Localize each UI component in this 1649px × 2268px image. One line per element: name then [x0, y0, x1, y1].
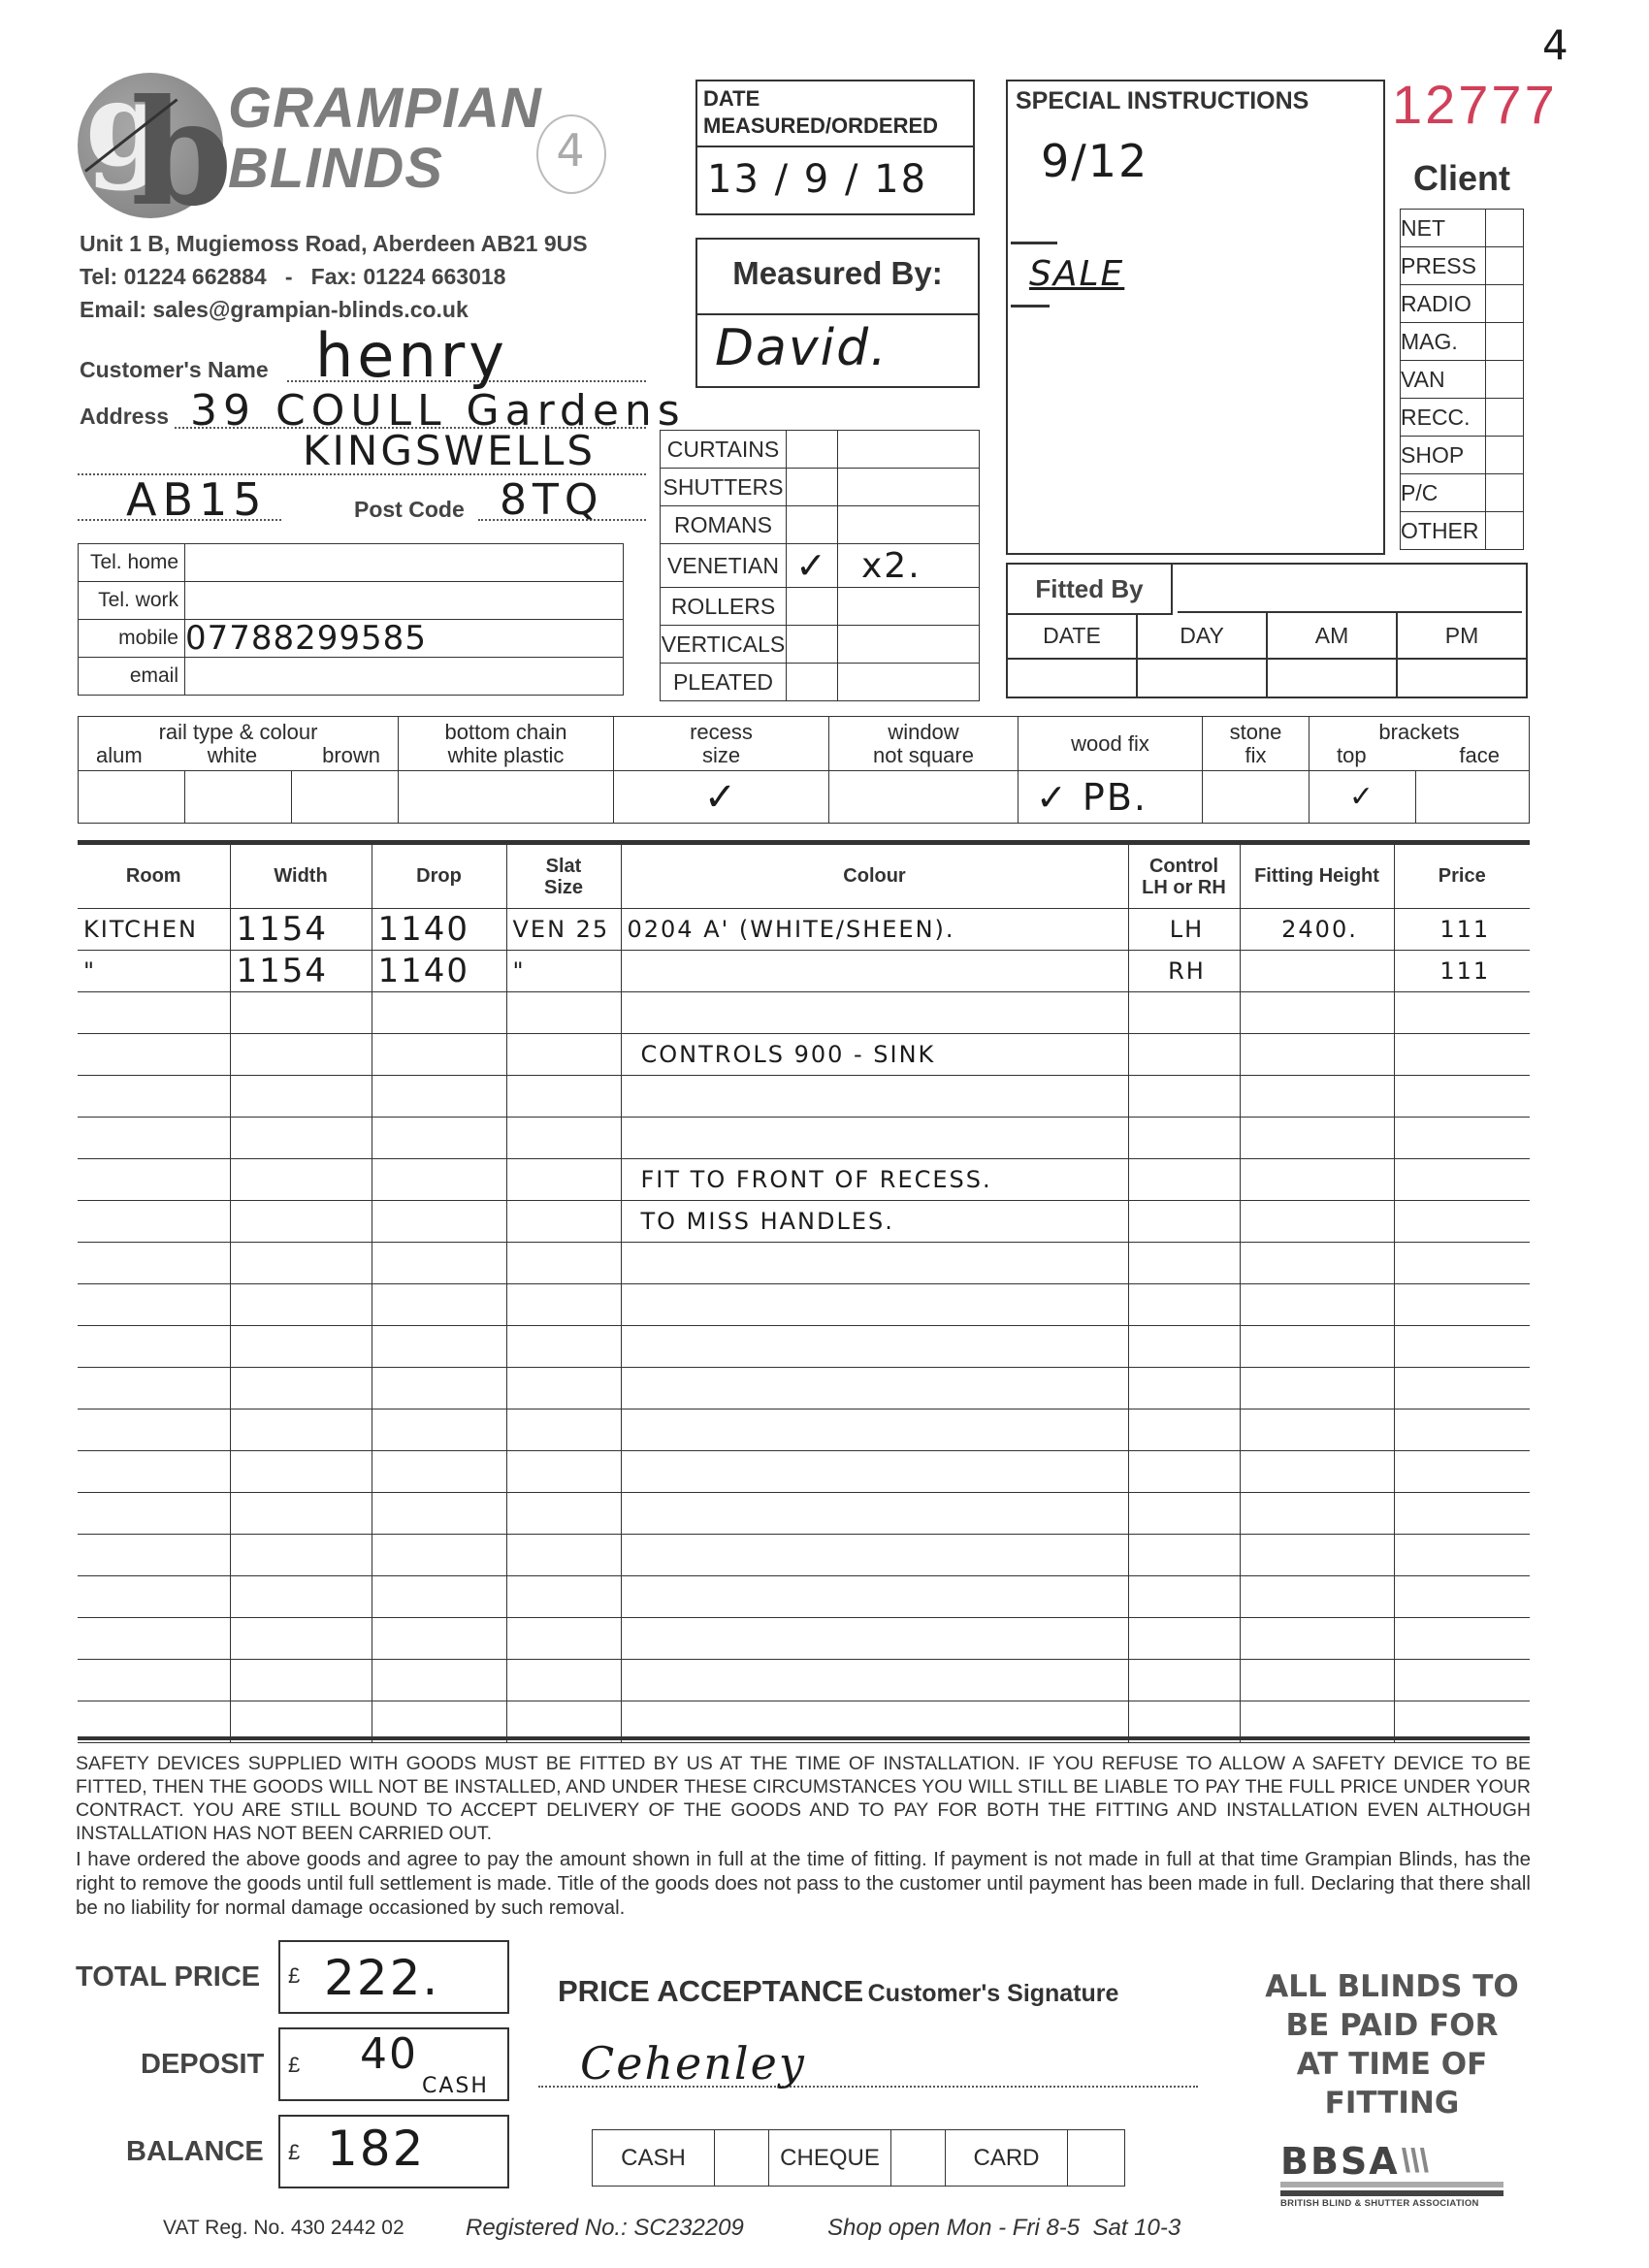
- cell-fitting-height[interactable]: [1240, 1409, 1394, 1451]
- cell-control[interactable]: [1128, 1660, 1240, 1701]
- table-row: KITCHEN11541140VEN 250204 A' (WHITE/SHEE…: [78, 909, 1530, 951]
- bbsa-logo-text: BBSA: [1280, 2144, 1400, 2179]
- measured-by-input[interactable]: David.: [715, 319, 889, 377]
- client-source-recc: RECC.: [1401, 399, 1486, 437]
- client-source-radio-checkbox[interactable]: [1486, 285, 1524, 323]
- mobile-input[interactable]: 07788299585: [185, 620, 624, 658]
- cell-slat[interactable]: [506, 1284, 621, 1326]
- cell-fitting-height[interactable]: [1240, 1576, 1394, 1618]
- cell-drop[interactable]: 1140: [372, 951, 506, 992]
- company-name-line1: GRAMPIAN: [228, 76, 542, 141]
- cell-drop[interactable]: [372, 1326, 506, 1368]
- cell-width[interactable]: [230, 1326, 372, 1368]
- table-row: [78, 1409, 1530, 1451]
- table-row: [78, 1535, 1530, 1576]
- cell-room[interactable]: [78, 1159, 230, 1201]
- wood-fix-header: wood fix: [1018, 717, 1203, 771]
- cell-price[interactable]: [1394, 1076, 1530, 1118]
- cell-drop[interactable]: [372, 992, 506, 1034]
- product-rollers-label: ROLLERS: [661, 588, 787, 626]
- cell-slat[interactable]: [506, 1618, 621, 1660]
- fitted-date-header: DATE: [1008, 613, 1138, 660]
- table-row: [78, 1493, 1530, 1535]
- company-email: Email: sales@grampian-blinds.co.uk: [80, 297, 469, 323]
- cell-slat[interactable]: [506, 1034, 621, 1076]
- cell-slat[interactable]: [506, 1201, 621, 1243]
- cell-width[interactable]: 1154: [230, 951, 372, 992]
- fitted-date-input[interactable]: [1008, 660, 1138, 697]
- fitted-am-header: AM: [1268, 613, 1398, 660]
- balance-box: £ 182: [278, 2115, 509, 2188]
- client-source-net-checkbox[interactable]: [1486, 210, 1524, 247]
- cell-colour[interactable]: 0204 A' (WHITE/SHEEN).: [621, 909, 1128, 951]
- cell-control[interactable]: [1128, 1535, 1240, 1576]
- customer-signature[interactable]: Cehenley: [580, 2037, 806, 2090]
- cell-colour[interactable]: [621, 951, 1128, 992]
- product-curtains-qty[interactable]: [838, 431, 980, 469]
- cell-width[interactable]: [230, 1618, 372, 1660]
- notice-line2: BE PAID FOR: [1246, 2006, 1537, 2045]
- cell-room[interactable]: [78, 1284, 230, 1326]
- cell-colour[interactable]: [621, 1535, 1128, 1576]
- cell-room[interactable]: [78, 1576, 230, 1618]
- product-curtains-check[interactable]: [787, 431, 838, 469]
- cell-price[interactable]: [1394, 1368, 1530, 1409]
- cell-control[interactable]: LH: [1128, 909, 1240, 951]
- cell-room[interactable]: KITCHEN: [78, 909, 230, 951]
- special-instructions-line1[interactable]: 9/12: [1041, 135, 1148, 187]
- cell-control[interactable]: [1128, 1076, 1240, 1118]
- cell-slat[interactable]: [506, 1076, 621, 1118]
- balance-input[interactable]: 182: [327, 2121, 425, 2177]
- cell-slat[interactable]: [506, 1243, 621, 1284]
- cell-fitting-height[interactable]: [1240, 1201, 1394, 1243]
- address-line3-input[interactable]: AB15: [126, 473, 268, 526]
- table-row: [78, 1076, 1530, 1118]
- product-pleated-qty[interactable]: [838, 664, 980, 701]
- cell-fitting-height[interactable]: [1240, 1326, 1394, 1368]
- cell-control[interactable]: [1128, 1243, 1240, 1284]
- cell-width[interactable]: [230, 1284, 372, 1326]
- items-table-bottom-rule: [78, 1736, 1530, 1740]
- balance-label: BALANCE: [126, 2136, 264, 2168]
- header-slat-2: Size: [507, 877, 621, 898]
- cell-room[interactable]: [78, 1118, 230, 1159]
- postcode-input[interactable]: 8TQ: [500, 475, 604, 525]
- cell-price[interactable]: [1394, 1243, 1530, 1284]
- cell-fitting-height[interactable]: [1240, 1284, 1394, 1326]
- cell-control[interactable]: [1128, 1451, 1240, 1493]
- cell-fitting-height[interactable]: [1240, 1159, 1394, 1201]
- cell-slat[interactable]: [506, 1576, 621, 1618]
- window-label-1: window: [829, 721, 1018, 744]
- stone-fix-input[interactable]: [1203, 771, 1309, 824]
- client-source-pc: P/C: [1401, 474, 1486, 512]
- product-pleated-check[interactable]: [787, 664, 838, 701]
- cell-drop[interactable]: [372, 1535, 506, 1576]
- cell-width[interactable]: [230, 1535, 372, 1576]
- cell-room[interactable]: [78, 1034, 230, 1076]
- cell-room[interactable]: [78, 992, 230, 1034]
- client-source-shop-checkbox[interactable]: [1486, 437, 1524, 474]
- cell-room[interactable]: [78, 1326, 230, 1368]
- company-address: Unit 1 B, Mugiemoss Road, Aberdeen AB21 …: [80, 231, 588, 257]
- cell-colour[interactable]: [621, 1660, 1128, 1701]
- cell-fitting-height[interactable]: [1240, 1034, 1394, 1076]
- date-measured-input[interactable]: 13 / 9 / 18: [707, 157, 927, 202]
- cell-width[interactable]: [230, 1076, 372, 1118]
- cell-drop[interactable]: [372, 1618, 506, 1660]
- window-not-square-input[interactable]: [829, 771, 1018, 824]
- cell-slat[interactable]: [506, 1451, 621, 1493]
- payment-cheque-checkbox[interactable]: [891, 2130, 946, 2187]
- bottom-chain-input[interactable]: [399, 771, 614, 824]
- cell-slat[interactable]: [506, 1118, 621, 1159]
- cell-width[interactable]: [230, 1451, 372, 1493]
- client-label: Client: [1413, 158, 1510, 199]
- client-source-recc-checkbox[interactable]: [1486, 399, 1524, 437]
- cell-price[interactable]: [1394, 1201, 1530, 1243]
- cell-price[interactable]: [1394, 1493, 1530, 1535]
- brackets-face-input[interactable]: [1416, 771, 1530, 824]
- price-acceptance-title: PRICE ACCEPTANCE: [558, 1974, 863, 2008]
- cell-slat[interactable]: [506, 1493, 621, 1535]
- cell-fitting-height[interactable]: [1240, 1243, 1394, 1284]
- table-row: TO MISS HANDLES.: [78, 1201, 1530, 1243]
- cell-fitting-height[interactable]: [1240, 1451, 1394, 1493]
- cell-fitting-height[interactable]: 2400.: [1240, 909, 1394, 951]
- cell-drop[interactable]: [372, 1409, 506, 1451]
- cell-slat[interactable]: [506, 1409, 621, 1451]
- customer-name-label: Customer's Name: [80, 357, 269, 383]
- fitted-by-box: Fitted By DATE DAY AM PM: [1006, 563, 1528, 698]
- table-row: [78, 1284, 1530, 1326]
- special-instructions-label: SPECIAL INSTRUCTIONS: [1016, 87, 1309, 115]
- client-source-van: VAN: [1401, 361, 1486, 399]
- page-number-mark: 4: [1542, 21, 1570, 69]
- cell-colour[interactable]: CONTROLS 900 - SINK: [621, 1034, 1128, 1076]
- product-verticals-check[interactable]: [787, 626, 838, 664]
- client-source-pc-checkbox[interactable]: [1486, 474, 1524, 512]
- product-rollers-qty[interactable]: [838, 588, 980, 626]
- cell-width[interactable]: [230, 1159, 372, 1201]
- cell-colour[interactable]: [621, 992, 1128, 1034]
- email-input[interactable]: [185, 658, 624, 696]
- cell-slat[interactable]: VEN 25: [506, 909, 621, 951]
- cell-room[interactable]: [78, 1368, 230, 1409]
- product-venetian-qty[interactable]: x2.: [838, 544, 980, 588]
- agreement-terms: I have ordered the above goods and agree…: [76, 1847, 1531, 1920]
- product-shutters-qty[interactable]: [838, 469, 980, 506]
- payment-method-table: CASH CHEQUE CARD: [592, 2129, 1125, 2187]
- cell-price[interactable]: [1394, 1409, 1530, 1451]
- deposit-method-note: CASH: [422, 2074, 489, 2098]
- rail-alum-input[interactable]: [79, 771, 185, 824]
- fitted-by-input[interactable]: [1178, 569, 1522, 613]
- cell-price[interactable]: 111: [1394, 909, 1530, 951]
- client-source-press: PRESS: [1401, 247, 1486, 285]
- cell-slat[interactable]: [506, 1159, 621, 1201]
- fitted-by-values: [1008, 660, 1526, 697]
- client-source-van-checkbox[interactable]: [1486, 361, 1524, 399]
- cell-room[interactable]: [78, 1493, 230, 1535]
- tel-work-label: Tel. work: [79, 582, 185, 620]
- client-source-table: NET PRESS RADIO MAG. VAN RECC. SHOP P/C …: [1400, 209, 1524, 550]
- cell-room[interactable]: [78, 1201, 230, 1243]
- cell-drop[interactable]: [372, 1660, 506, 1701]
- fitted-by-headers: DATE DAY AM PM: [1008, 613, 1526, 660]
- cell-width[interactable]: [230, 1493, 372, 1535]
- cell-control[interactable]: [1128, 1326, 1240, 1368]
- cell-width[interactable]: 1154: [230, 909, 372, 951]
- payment-card-checkbox[interactable]: [1068, 2130, 1125, 2187]
- cell-drop[interactable]: [372, 1076, 506, 1118]
- cell-colour[interactable]: [621, 1118, 1128, 1159]
- cell-drop[interactable]: [372, 1159, 506, 1201]
- contact-table: Tel. home Tel. work mobile07788299585 em…: [78, 543, 624, 696]
- fitted-by-label: Fitted By: [1035, 574, 1143, 603]
- cell-control[interactable]: [1128, 1118, 1240, 1159]
- tel-work-input[interactable]: [185, 582, 624, 620]
- window-label-2: not square: [829, 744, 1018, 767]
- email-label: email: [79, 658, 185, 696]
- cell-price[interactable]: [1394, 1451, 1530, 1493]
- underline-top: [1011, 242, 1057, 244]
- table-row: FIT TO FRONT OF RECESS.: [78, 1159, 1530, 1201]
- cell-room[interactable]: [78, 1409, 230, 1451]
- payment-cash-label: CASH: [593, 2130, 715, 2187]
- cell-room[interactable]: [78, 1660, 230, 1701]
- cell-drop[interactable]: [372, 1118, 506, 1159]
- header-fitting-height: Fitting Height: [1240, 845, 1394, 909]
- header-width: Width: [230, 845, 372, 909]
- product-shutters-label: SHUTTERS: [661, 469, 787, 506]
- table-row: [78, 1243, 1530, 1284]
- product-rollers-check[interactable]: [787, 588, 838, 626]
- bbsa-tagline: BRITISH BLIND & SHUTTER ASSOCIATION: [1280, 2198, 1503, 2209]
- cell-price[interactable]: [1394, 1159, 1530, 1201]
- cell-fitting-height[interactable]: [1240, 1368, 1394, 1409]
- cell-drop[interactable]: [372, 1243, 506, 1284]
- cell-control[interactable]: [1128, 1493, 1240, 1535]
- customer-name-input[interactable]: henry: [315, 320, 508, 391]
- cell-drop[interactable]: [372, 1034, 506, 1076]
- logo-letter-b: b: [131, 68, 233, 239]
- payment-cash-checkbox[interactable]: [715, 2130, 769, 2187]
- cell-fitting-height[interactable]: [1240, 992, 1394, 1034]
- cell-price[interactable]: [1394, 1284, 1530, 1326]
- product-shutters-check[interactable]: [787, 469, 838, 506]
- cell-fitting-height[interactable]: [1240, 1493, 1394, 1535]
- bottom-chain-header: bottom chain white plastic: [399, 717, 614, 771]
- price-acceptance-subtitle: Customer's Signature: [868, 1980, 1119, 2007]
- cell-room[interactable]: ": [78, 951, 230, 992]
- cell-price[interactable]: [1394, 1535, 1530, 1576]
- cell-width[interactable]: [230, 1409, 372, 1451]
- table-row: CONTROLS 900 - SINK: [78, 1034, 1530, 1076]
- client-source-mag-checkbox[interactable]: [1486, 323, 1524, 361]
- header-slat-size: SlatSize: [506, 845, 621, 909]
- total-price-input[interactable]: 222.: [324, 1950, 439, 2006]
- brackets-top-input[interactable]: ✓: [1309, 771, 1416, 824]
- underline-bottom: [1011, 305, 1050, 308]
- total-price-box: £ 222.: [278, 1940, 509, 2014]
- cell-control[interactable]: [1128, 1034, 1240, 1076]
- bottom-chain-label-1: bottom chain: [399, 721, 613, 744]
- cell-width[interactable]: [230, 1660, 372, 1701]
- cell-colour[interactable]: TO MISS HANDLES.: [621, 1201, 1128, 1243]
- address-line2-input[interactable]: KINGSWELLS: [303, 427, 596, 474]
- fitted-by-label-cell: Fitted By: [1008, 565, 1173, 615]
- table-row: [78, 1576, 1530, 1618]
- cell-price[interactable]: [1394, 1326, 1530, 1368]
- cell-room[interactable]: [78, 1076, 230, 1118]
- balance-currency: £: [288, 2140, 300, 2165]
- date-label-line1: DATE: [703, 85, 967, 113]
- cell-slat[interactable]: [506, 992, 621, 1034]
- table-row: [78, 1326, 1530, 1368]
- circled-number: 4: [536, 114, 606, 194]
- header-price: Price: [1394, 845, 1530, 909]
- cell-colour[interactable]: [621, 1618, 1128, 1660]
- header-control-1: Control: [1129, 856, 1240, 877]
- cell-slat[interactable]: [506, 1535, 621, 1576]
- cell-price[interactable]: [1394, 1118, 1530, 1159]
- cell-price[interactable]: [1394, 992, 1530, 1034]
- cell-price[interactable]: [1394, 1660, 1530, 1701]
- cell-colour[interactable]: [621, 1326, 1128, 1368]
- cell-drop[interactable]: [372, 1493, 506, 1535]
- rail-white-label: white: [208, 744, 257, 767]
- cell-width[interactable]: [230, 1118, 372, 1159]
- client-source-press-checkbox[interactable]: [1486, 247, 1524, 285]
- table-row: [78, 1618, 1530, 1660]
- product-romans-check[interactable]: [787, 506, 838, 544]
- cell-fitting-height[interactable]: [1240, 1660, 1394, 1701]
- cell-colour[interactable]: [621, 1576, 1128, 1618]
- client-source-net: NET: [1401, 210, 1486, 247]
- product-curtains-label: CURTAINS: [661, 431, 787, 469]
- cell-control[interactable]: [1128, 1618, 1240, 1660]
- header-room: Room: [78, 845, 230, 909]
- cell-colour[interactable]: [621, 1076, 1128, 1118]
- fitted-pm-input[interactable]: [1398, 660, 1526, 697]
- company-name-line2: BLINDS: [228, 136, 443, 201]
- product-verticals-label: VERTICALS: [661, 626, 787, 664]
- fitted-day-input[interactable]: [1138, 660, 1268, 697]
- cell-drop[interactable]: [372, 1576, 506, 1618]
- cell-width[interactable]: [230, 1243, 372, 1284]
- cell-width[interactable]: [230, 1368, 372, 1409]
- cell-control[interactable]: RH: [1128, 951, 1240, 992]
- cell-room[interactable]: [78, 1451, 230, 1493]
- cell-fitting-height[interactable]: [1240, 1535, 1394, 1576]
- cell-control[interactable]: [1128, 1159, 1240, 1201]
- special-instructions-line2[interactable]: SALE: [1029, 254, 1124, 294]
- total-price-label: TOTAL PRICE: [76, 1961, 260, 1993]
- rail-white-input[interactable]: [185, 771, 292, 824]
- cell-drop[interactable]: [372, 1451, 506, 1493]
- cell-width[interactable]: [230, 1034, 372, 1076]
- date-label-line2: MEASURED/ORDERED: [703, 113, 967, 140]
- rail-brown-input[interactable]: [292, 771, 399, 824]
- cell-slat[interactable]: [506, 1660, 621, 1701]
- cell-slat[interactable]: [506, 1368, 621, 1409]
- cell-colour[interactable]: [621, 1284, 1128, 1326]
- cell-width[interactable]: [230, 1576, 372, 1618]
- header-control-2: LH or RH: [1129, 877, 1240, 898]
- tel-home-label: Tel. home: [79, 544, 185, 582]
- cell-colour[interactable]: FIT TO FRONT OF RECESS.: [621, 1159, 1128, 1201]
- recess-size-input[interactable]: ✓: [614, 771, 829, 824]
- client-source-other-checkbox[interactable]: [1486, 512, 1524, 550]
- cell-colour[interactable]: [621, 1409, 1128, 1451]
- cell-room[interactable]: [78, 1535, 230, 1576]
- cell-colour[interactable]: [621, 1368, 1128, 1409]
- cell-control[interactable]: [1128, 1201, 1240, 1243]
- header-control: ControlLH or RH: [1128, 845, 1240, 909]
- cell-fitting-height[interactable]: [1240, 1118, 1394, 1159]
- cell-room[interactable]: [78, 1243, 230, 1284]
- table-row: [78, 1368, 1530, 1409]
- total-currency: £: [288, 1963, 300, 1989]
- cell-colour[interactable]: [621, 1243, 1128, 1284]
- cell-colour[interactable]: [621, 1451, 1128, 1493]
- cell-drop[interactable]: [372, 1368, 506, 1409]
- rail-alum-label: alum: [96, 744, 143, 767]
- cell-control[interactable]: [1128, 992, 1240, 1034]
- cell-room[interactable]: [78, 1618, 230, 1660]
- product-venetian-check[interactable]: ✓: [787, 544, 838, 588]
- cell-control[interactable]: [1128, 1576, 1240, 1618]
- client-source-other: OTHER: [1401, 512, 1486, 550]
- cell-fitting-height[interactable]: [1240, 1618, 1394, 1660]
- notice-line3: AT TIME OF: [1246, 2045, 1537, 2084]
- cell-fitting-height[interactable]: [1240, 951, 1394, 992]
- cell-price[interactable]: [1394, 1618, 1530, 1660]
- table-row: [78, 1451, 1530, 1493]
- deposit-input[interactable]: 40: [360, 2029, 418, 2079]
- cell-width[interactable]: [230, 1201, 372, 1243]
- wood-fix-input[interactable]: ✓ PB.: [1018, 771, 1203, 824]
- rail-colour-labels: alum white brown: [79, 744, 398, 767]
- window-not-square-header: window not square: [829, 717, 1018, 771]
- cell-price[interactable]: 111: [1394, 951, 1530, 992]
- product-romans-qty[interactable]: [838, 506, 980, 544]
- cell-control[interactable]: [1128, 1409, 1240, 1451]
- product-verticals-qty[interactable]: [838, 626, 980, 664]
- fitted-day-header: DAY: [1138, 613, 1268, 660]
- cell-width[interactable]: [230, 992, 372, 1034]
- stone-fix-header: stone fix: [1203, 717, 1309, 771]
- cell-drop[interactable]: 1140: [372, 909, 506, 951]
- cell-drop[interactable]: [372, 1201, 506, 1243]
- vat-reg: VAT Reg. No. 430 2442 02: [163, 2217, 404, 2240]
- cell-price[interactable]: [1394, 1576, 1530, 1618]
- postcode-label: Post Code: [354, 497, 465, 523]
- cell-fitting-height[interactable]: [1240, 1076, 1394, 1118]
- cell-control[interactable]: [1128, 1368, 1240, 1409]
- cell-drop[interactable]: [372, 1284, 506, 1326]
- table-row: [78, 992, 1530, 1034]
- cell-colour[interactable]: [621, 1493, 1128, 1535]
- cell-price[interactable]: [1394, 1034, 1530, 1076]
- cell-control[interactable]: [1128, 1284, 1240, 1326]
- cell-slat[interactable]: ": [506, 951, 621, 992]
- cell-slat[interactable]: [506, 1326, 621, 1368]
- fitted-am-input[interactable]: [1268, 660, 1398, 697]
- tel-home-input[interactable]: [185, 544, 624, 582]
